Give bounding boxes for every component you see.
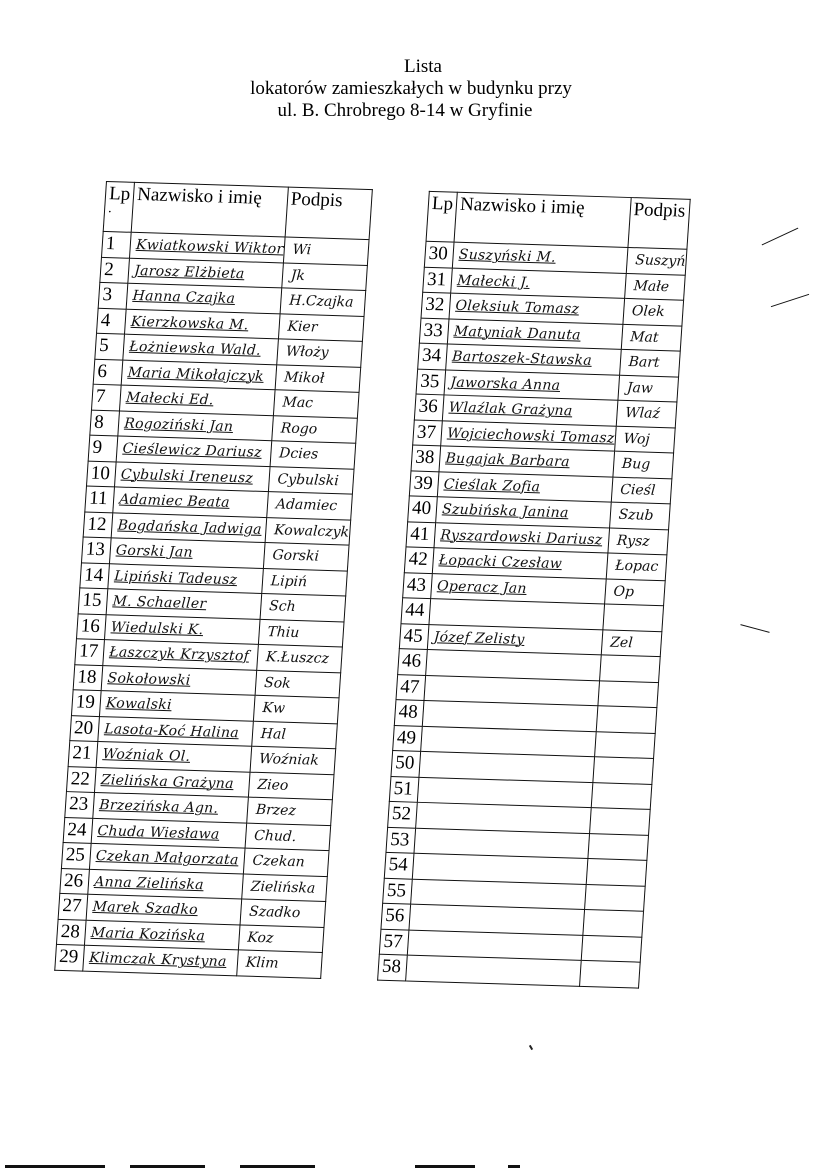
row-number: 47 [396,674,426,700]
tenant-name [406,955,581,986]
signature-stroke [740,624,769,633]
tenant-signature: K.Łuszcz [256,644,342,672]
row-number: 31 [423,267,453,293]
row-number: 17 [75,639,105,665]
row-number: 7 [92,384,122,410]
tenant-signature: Mat [621,324,682,351]
scan-edge-mark [130,1165,205,1168]
row-number: 22 [66,766,96,792]
row-number: 13 [82,537,112,563]
tenant-signature: Hal [251,721,337,749]
document-title: Lista [10,56,826,78]
tenant-rows-right: 30Suszyński M.Suszyń31Małecki J.Małe32Ol… [378,241,687,987]
row-number: 48 [394,700,424,726]
tenant-signature: Suszyń [626,247,687,274]
row-number: 45 [399,623,429,649]
tenant-signature: Dcies [270,441,356,469]
row-number: 54 [384,852,414,878]
tenant-signature: Łopac [606,553,667,580]
tenant-signature [586,859,647,886]
tenant-signature: Brzez [246,797,332,825]
tenant-signature: Mac [273,390,359,418]
row-number: 14 [80,562,110,588]
table-header-row: Lp Nazwisko i imię Podpis [426,191,690,249]
tenant-signature: Zielińska [241,874,327,902]
tenant-signature: Szub [609,502,670,529]
row-number: 51 [389,776,419,802]
row-number: 27 [58,893,88,919]
tenant-signature: Woj [614,426,675,453]
row-number: 37 [413,420,443,446]
row-number: 42 [404,547,434,573]
row-number: 56 [381,903,411,929]
tenant-signature: Cieśl [611,477,672,504]
table-header-row: Lp. Nazwisko i imię Podpis [103,182,372,240]
tenant-signature [598,680,659,707]
tenant-table-left: Lp. Nazwisko i imię Podpis 1Kwiatkowski … [54,181,372,978]
tenant-signature: H.Czajka [280,288,366,316]
row-number: 6 [93,359,123,385]
row-number: 18 [73,664,103,690]
row-number: 32 [421,292,451,318]
row-number: 50 [391,751,421,777]
tenant-signature [591,782,652,809]
row-number: 5 [95,333,125,359]
tenant-table-right: Lp Nazwisko i imię Podpis 30Suszyński M.… [377,191,690,988]
row-number: 12 [83,512,113,538]
scan-edge-mark [5,1165,105,1168]
tenant-signature: Włoży [277,339,363,367]
row-number: 25 [61,842,91,868]
tenant-signature: Jaw [618,375,679,402]
row-number: 49 [393,725,423,751]
header-lp: Lp [426,191,457,242]
tenant-signature: Chud. [245,823,331,851]
tenant-signature: Op [604,578,665,605]
tenant-signature [603,604,664,631]
tenant-signature [599,655,660,682]
tenant-signature: Sch [260,593,346,621]
tenant-signature: Wlaź [616,400,677,427]
tenant-signature: Klim [236,950,322,978]
row-number: 38 [411,445,441,471]
row-number: 2 [100,257,130,283]
row-number: 46 [398,649,428,675]
row-number: 34 [418,343,448,369]
scan-edge-mark [240,1165,315,1168]
header-name: Nazwisko i imię [454,192,631,247]
tenant-signature: Czekan [243,848,329,876]
tenant-signature [588,833,649,860]
row-number: 24 [63,817,93,843]
tenant-signature: Lipiń [261,568,347,596]
row-number: 9 [88,435,118,461]
row-number: 43 [403,572,433,598]
tenant-signature: Rogo [272,415,358,443]
tenant-signature: Wi [283,237,369,265]
header-signature: Podpis [628,198,690,250]
tenant-signature: Rysz [608,528,669,555]
signature-stroke [771,294,809,307]
row-number: 10 [87,461,117,487]
row-number: 11 [85,486,115,512]
scan-edge-mark [508,1165,520,1168]
row-number: 8 [90,410,120,436]
row-number: 20 [70,715,100,741]
row-number: 55 [383,878,413,904]
tenant-signature: Jk [282,262,368,290]
header-name: Nazwisko i imię [131,182,288,237]
row-number: 26 [60,868,90,894]
tenant-signature: Gorski [263,543,349,571]
row-number: 41 [406,521,436,547]
tenant-signature: Kw [253,695,339,723]
row-number: 39 [409,470,439,496]
row-number: 30 [424,241,454,267]
tenant-signature: Cybulski [268,466,354,494]
row-number: 4 [97,308,127,334]
row-number: 57 [379,929,409,955]
tenant-signature: Mikoł [275,364,361,392]
signature-stroke [762,228,799,246]
tenant-signature: Koz [238,924,324,952]
row-number: 15 [78,588,108,614]
row-number: 36 [414,394,444,420]
row-number: 19 [71,690,101,716]
tenant-signature [594,731,655,758]
row-number: 35 [416,369,446,395]
tenant-signature: Sok [255,670,341,698]
tenant-signature [596,706,657,733]
row-number: 23 [65,792,95,818]
tenant-signature: Zieo [248,772,334,800]
row-number: 16 [76,613,106,639]
row-number: 33 [419,318,449,344]
tenant-signature: Zel [601,629,662,656]
tenant-signature: Adamiec [267,492,353,520]
row-number: 3 [98,282,128,308]
tenant-signature: Szadko [240,899,326,927]
row-number: 44 [401,598,431,624]
row-number: 52 [388,801,418,827]
tenant-signature: Thiu [258,619,344,647]
row-number: 28 [56,919,86,945]
header-lp: Lp. [103,182,134,233]
document-subtitle: lokatorów zamieszkałych w budynku przy [0,78,824,100]
tenant-name: Klimczak Krystyna [83,945,238,975]
tenant-signature [584,884,645,911]
row-number: 53 [386,827,416,853]
scan-speck [529,1045,533,1050]
row-number: 1 [102,231,132,257]
tenant-signature: Olek [623,298,684,325]
row-number: 40 [408,496,438,522]
tenant-signature [589,808,650,835]
tenant-signature [581,935,642,962]
tenant-signature: Kier [278,313,364,341]
tenant-signature: Bug [613,451,674,478]
row-number: 58 [378,954,408,980]
tenant-signature [593,757,654,784]
scan-edge-mark [415,1165,475,1168]
tenant-signature: Małe [624,273,685,300]
document-address: ul. B. Chrobrego 8-14 w Gryfinie [0,100,818,122]
tenant-signature [583,909,644,936]
tenant-signature [579,960,640,987]
tenant-signature: Kowalczyk [265,517,351,545]
tenant-rows-left: 1Kwiatkowski WiktorWi2Jarosz ElżbietaJk3… [55,231,369,977]
row-number: 29 [55,944,85,970]
header-signature: Podpis [285,187,372,239]
tenant-signature: Bart [619,349,680,376]
tenant-signature: Woźniak [250,746,336,774]
row-number: 21 [68,741,98,767]
